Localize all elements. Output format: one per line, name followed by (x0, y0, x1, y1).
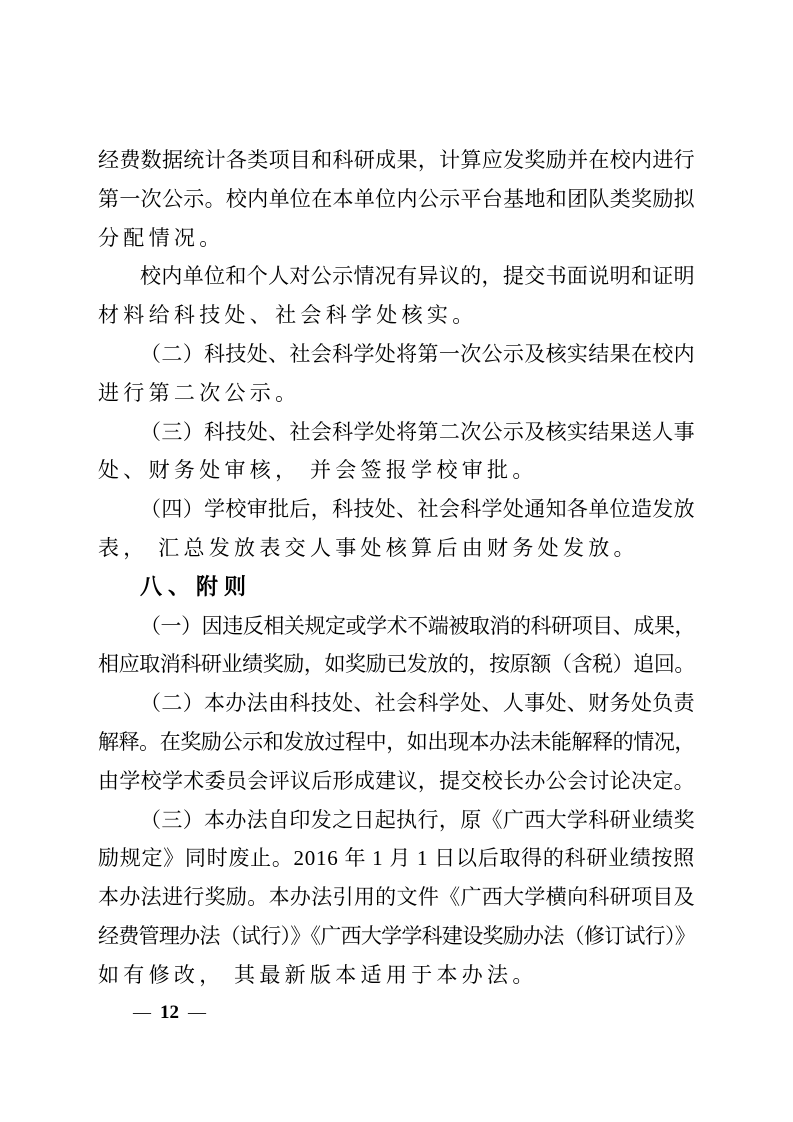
text-line: 第一次公示。校内单位在本单位内公示平台基地和团队类奖励拟 (98, 180, 695, 219)
section-heading: 八、附则 (98, 568, 695, 607)
text-line: 表， 汇总发放表交人事处核算后由财务处发放。 (98, 529, 695, 568)
text-line: 分配情况。 (98, 219, 695, 258)
text-line: 经费数据统计各类项目和科研成果，计算应发奖励并在校内进行 (98, 141, 695, 180)
footer-dash-right: — (188, 1002, 206, 1022)
text-line: 处、财务处审核， 并会签报学校审批。 (98, 451, 695, 490)
text-line: 进行第二次公示。 (98, 374, 695, 413)
text-line: （四）学校审批后，科技处、社会科学处通知各单位造发放 (98, 490, 695, 529)
text-line: 相应取消科研业绩奖励，如奖励已发放的，按原额（含税）追回。 (98, 645, 695, 684)
text-line: 解释。在奖励公示和发放过程中，如出现本办法未能解释的情况， (98, 723, 695, 762)
text-line: （三）科技处、社会科学处将第二次公示及核实结果送人事 (98, 413, 695, 452)
text-line: （二）科技处、社会科学处将第一次公示及核实结果在校内 (98, 335, 695, 374)
text-line: 由学校学术委员会评议后形成建议，提交校长办公会讨论决定。 (98, 762, 695, 801)
text-line: 材料给科技处、社会科学处核实。 (98, 296, 695, 335)
text-line: 如有修改， 其最新版本适用于本办法。 (98, 956, 695, 995)
text-line: 励规定》同时废止。2016 年 1 月 1 日以后取得的科研业绩按照 (98, 839, 695, 878)
text-line: （二）本办法由科技处、社会科学处、人事处、财务处负责 (98, 684, 695, 723)
text-line: 本办法进行奖励。本办法引用的文件《广西大学横向科研项目及 (98, 878, 695, 917)
text-line: 校内单位和个人对公示情况有异议的，提交书面说明和证明 (98, 257, 695, 296)
text-line: （一）因违反相关规定或学术不端被取消的科研项目、成果， (98, 607, 695, 646)
text-line: （三）本办法自印发之日起执行，原《广西大学科研业绩奖 (98, 801, 695, 840)
text-line: 经费管理办法（试行）》《广西大学学科建设奖励办法（修订试行）》 (98, 917, 695, 956)
document-page: { "page": { "width": 793, "height": 1122… (0, 0, 793, 1122)
page-number: —12— (133, 999, 206, 1025)
footer-page-number: 12 (160, 1002, 179, 1023)
footer-dash-left: — (133, 1002, 151, 1022)
document-body: 经费数据统计各类项目和科研成果，计算应发奖励并在校内进行第一次公示。校内单位在本… (98, 141, 695, 995)
